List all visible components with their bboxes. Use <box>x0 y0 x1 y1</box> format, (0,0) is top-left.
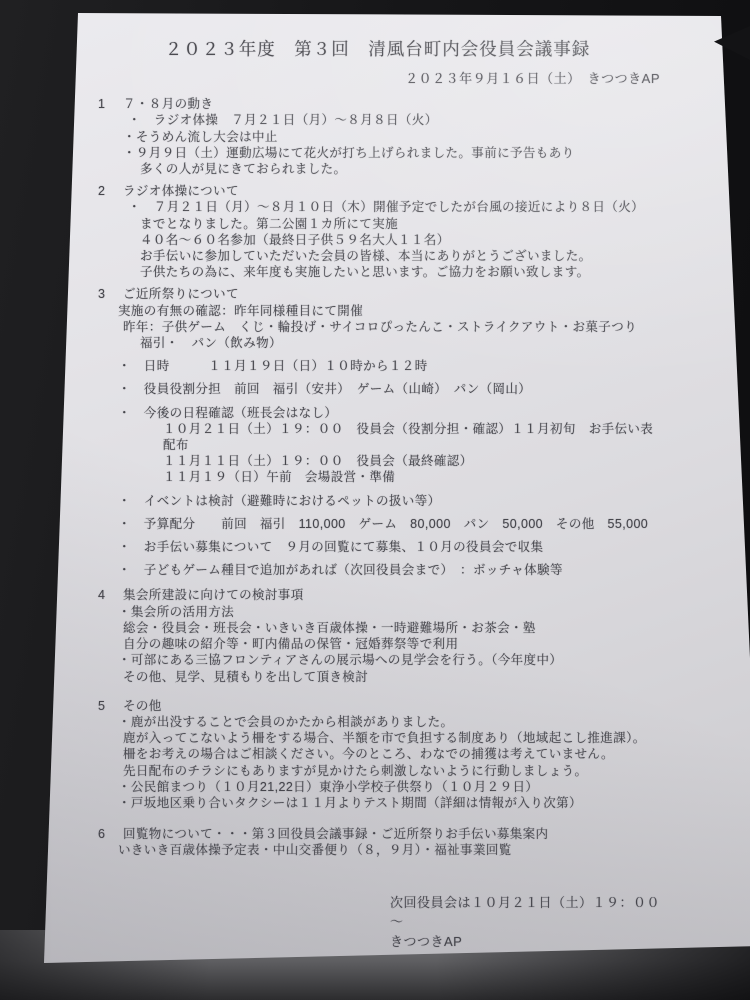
section-title: その他 <box>123 698 660 714</box>
doc-line: ・ ７月２１日（月）～８月１０日（木）開催予定でしたが台風の接近により８日（火） <box>95 199 660 215</box>
section-title: 集会所建設に向けての検討事項 <box>123 587 660 603</box>
doc-line: １０月２１日（土）１９：００ 役員会（役割分担・確認）１１月初旬 お手伝い表配布 <box>95 421 660 453</box>
doc-line: ・ お手伝い募集について ９月の回覧にて募集、１０月の役員会で収集 <box>95 539 660 555</box>
doc-line: ・ 日時 １１月１９日（日）１０時から１２時 <box>95 358 660 374</box>
doc-line: 先日配布のチラシにもありますが見かけたら刺激しないように行動しましょう。 <box>95 763 660 779</box>
document-title: ２０２３年度 第３回 清風台町内会役員会議事録 <box>95 36 660 62</box>
doc-line: ・鹿が出没することで会員のかたから相談がありました。 <box>95 714 660 730</box>
section-number: 6 <box>95 826 123 842</box>
section-heading: 3ご近所祭りについて <box>95 286 660 302</box>
section-6: 6回覧物について・・・第３回役員会議事録・ご近所祭りお手伝い募集案内いきいき百歳… <box>95 826 660 858</box>
doc-line: ・集会所の活用方法 <box>95 604 660 620</box>
photo-background: ２０２３年度 第３回 清風台町内会役員会議事録 ２０２３年９月１６日（土） きつ… <box>0 0 750 1000</box>
section-heading: 5その他 <box>95 698 660 714</box>
section-number: 1 <box>95 96 123 112</box>
doc-line: ・戸坂地区乗り合いタクシーは１１月よりテスト期間（詳細は情報が入り次第） <box>95 795 660 811</box>
doc-line: 総会・役員会・班長会・いきいき百歳体操・一時避難場所・お茶会・塾 <box>95 620 660 636</box>
next-meeting-venue: きつつきAP <box>390 932 660 952</box>
section-2: 2ラジオ体操について・ ７月２１日（月）～８月１０日（木）開催予定でしたが台風の… <box>95 183 660 280</box>
section-heading: 2ラジオ体操について <box>95 183 660 199</box>
doc-line: 柵をお考えの場合はご相談ください。今のところ、わなでの捕獲は考えていません。 <box>95 746 660 762</box>
doc-line: 多くの人が見にきておられました。 <box>95 161 660 177</box>
section-title: ご近所祭りについて <box>123 286 660 302</box>
section-heading: 4集会所建設に向けての検討事項 <box>95 587 660 603</box>
doc-line: ・ イベントは検討（避難時におけるペットの扱い等） <box>95 493 660 509</box>
doc-line: ４０名～６０名参加（最終日子供５９名大人１１名） <box>95 232 660 248</box>
section-4: 4集会所建設に向けての検討事項・集会所の活用方法総会・役員会・班長会・いきいき百… <box>95 587 660 684</box>
doc-line: ・ 子どもゲーム種目で追加があれば（次回役員会まで） ：ボッチャ体験等 <box>95 562 660 578</box>
section-heading: 1７・８月の動き <box>95 96 660 112</box>
section-number: 4 <box>95 587 123 603</box>
doc-line: 昨年：子供ゲーム くじ・輪投げ・サイコロぴったんこ・ストライクアウト・お菓子つり <box>95 319 660 335</box>
doc-line: その他、見学、見積もりを出して頂き検討 <box>95 669 660 685</box>
doc-line: 子供たちの為に、来年度も実施したいと思います。ご協力をお願い致します。 <box>95 264 660 280</box>
section-title: ７・８月の動き <box>123 96 660 112</box>
section-number: 2 <box>95 183 123 199</box>
section-number: 5 <box>95 698 123 714</box>
section-1: 1７・８月の動き・ ラジオ体操 ７月２１日（月）～８月８日（火）・そうめん流し大… <box>95 96 660 177</box>
doc-line: ・９月９日（土）運動広場にて花火が打ち上げられました。事前に予告もあり <box>95 145 660 161</box>
section-heading: 6回覧物について・・・第３回役員会議事録・ご近所祭りお手伝い募集案内 <box>95 826 660 842</box>
section-number: 3 <box>95 286 123 302</box>
doc-line: 自分の趣味の紹介等・町内備品の保管・冠婚葬祭等で利用 <box>95 636 660 652</box>
doc-line: お手伝いに参加していただいた会員の皆様、本当にありがとうございました。 <box>95 248 660 264</box>
section-title: 回覧物について・・・第３回役員会議事録・ご近所祭りお手伝い募集案内 <box>123 826 660 842</box>
doc-line: ・ ラジオ体操 ７月２１日（月）～８月８日（火） <box>95 112 660 128</box>
meeting-date-line: ２０２３年９月１６日（土） きつつきAP <box>95 71 660 87</box>
doc-line: 実施の有無の確認：昨年同様種目にて開催 <box>95 303 660 319</box>
next-meeting-date: 次回役員会は１０月２１日（土）１９：００～ <box>390 893 660 932</box>
doc-line: ・可部にある三協フロンティアさんの展示場への見学会を行う。（今年度中） <box>95 652 660 668</box>
section-5: 5その他・鹿が出没することで会員のかたから相談がありました。鹿が入ってこないよう… <box>95 698 660 811</box>
next-meeting-note: 次回役員会は１０月２１日（土）１９：００～ きつつきAP <box>390 893 660 952</box>
sections-list: 1７・８月の動き・ ラジオ体操 ７月２１日（月）～８月８日（火）・そうめん流し大… <box>95 96 660 858</box>
doc-line: １１月１９（日）午前 会場設営・準備 <box>95 469 660 485</box>
doc-line: までとなりました。第二公園１カ所にて実施 <box>95 216 660 232</box>
doc-line: １１月１１日（土）１９：００ 役員会（最終確認） <box>95 453 660 469</box>
doc-line: いきいき百歳体操予定表・中山交番便り（８，９月）・福祉事業回覧 <box>95 842 660 858</box>
doc-line: ・ 役員役割分担 前回 福引（安井） ゲーム（山崎） パン（岡山） <box>95 381 660 397</box>
doc-line: ・ 今後の日程確認（班長会はなし） <box>95 405 660 421</box>
doc-line: ・公民館まつり（１０月21,22日）東浄小学校子供祭り（１０月２９日） <box>95 779 660 795</box>
doc-line: 鹿が入ってこないよう柵をする場合、半額を市で負担する制度あり（地域起こし推進課）… <box>95 730 660 746</box>
document-paper: ２０２３年度 第３回 清風台町内会役員会議事録 ２０２３年９月１６日（土） きつ… <box>0 0 750 1000</box>
section-3: 3ご近所祭りについて実施の有無の確認：昨年同様種目にて開催昨年：子供ゲーム くじ… <box>95 286 660 578</box>
doc-line: ・ 予算配分 前回 福引 110,000 ゲーム 80,000 パン 50,00… <box>95 516 660 532</box>
section-title: ラジオ体操について <box>123 183 660 199</box>
document-content: ２０２３年度 第３回 清風台町内会役員会議事録 ２０２３年９月１６日（土） きつ… <box>95 36 660 951</box>
doc-line: 福引・ パン（飲み物） <box>95 335 660 351</box>
doc-line: ・そうめん流し大会は中止 <box>95 129 660 145</box>
